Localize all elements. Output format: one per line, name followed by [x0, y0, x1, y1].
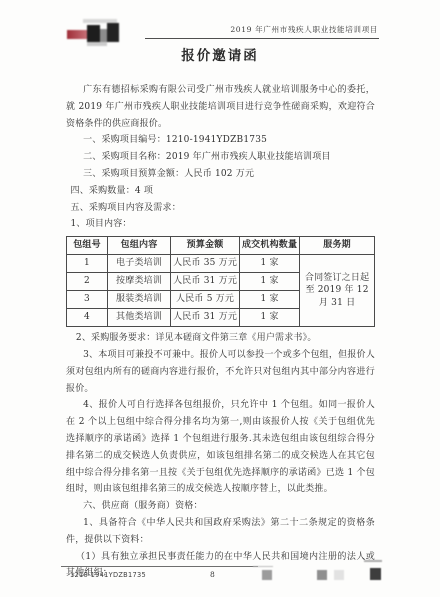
- table-cell: 1 家: [240, 291, 300, 309]
- table-cell: 电子类培训: [108, 255, 171, 273]
- table-cell: 4: [67, 309, 108, 327]
- table-row: 1 电子类培训 人民币 35 万元 1 家 合同签订之日起至 2019 年 12…: [67, 255, 375, 273]
- intro-paragraph: 广东有德招标采购有限公司受广州市残疾人就业培训服务中心的委托，就 2019 年广…: [66, 82, 375, 132]
- table-cell: 1 家: [240, 255, 300, 273]
- header-package-number: 包组号: [67, 237, 108, 255]
- document-body: 广东有德招标采购有限公司受广州市残疾人就业培训服务中心的委托，就 2019 年广…: [66, 82, 375, 582]
- supplier-qualification-item: 1、具备符合《中华人民共和国政府采购法》第二十二条规定的资格条件，提供以下资料：: [66, 515, 375, 549]
- note-service-requirements: 2、采购服务要求：详见本磋商文件第三章《用户需求书》。: [66, 330, 375, 347]
- table-cell: 人民币 5 万元: [171, 291, 240, 309]
- logo-red-block: [67, 30, 88, 39]
- table-cell: 服装类培训: [108, 291, 171, 309]
- header-service-period: 服务期: [300, 237, 375, 255]
- document-title: 报价邀请函: [0, 44, 440, 64]
- item-quantity: 四、采购数量：4 项: [66, 183, 375, 200]
- item-content-requirements: 五、采购项目内容及需求：: [66, 200, 375, 217]
- table-cell: 按摩类培训: [108, 273, 171, 291]
- header-project-title: 2019 年广州市残疾人职业技能培训项目: [230, 24, 378, 35]
- item-project-content: 1、项目内容：: [66, 216, 375, 233]
- header-package-content: 包组内容: [108, 237, 171, 255]
- table-cell: 人民币 31 万元: [171, 273, 240, 291]
- package-table: 包组号 包组内容 预算金额 成交机构数量 服务期 1 电子类培训 人民币 35 …: [66, 236, 375, 327]
- header-winner-count: 成交机构数量: [240, 237, 300, 255]
- supplier-qualification-heading: 六、供应商（服务商）资格：: [66, 498, 375, 515]
- footer-page-number: 8: [210, 570, 215, 579]
- table-cell: 人民币 35 万元: [171, 255, 240, 273]
- item-project-name: 二、采购项目名称：2019 年广州市残疾人职业技能培训项目: [66, 149, 375, 166]
- footer-doc-number: 1210-1941YDZB1735: [70, 571, 146, 579]
- logo-black-block-2: [107, 23, 119, 42]
- table-cell: 3: [67, 291, 108, 309]
- table-cell: 其他类培训: [108, 309, 171, 327]
- table-cell: 1 家: [240, 273, 300, 291]
- logo-black-block: [87, 25, 100, 42]
- logo-gray-block: [100, 29, 107, 42]
- header-budget-amount: 预算金额: [171, 237, 240, 255]
- table-header-row: 包组号 包组内容 预算金额 成交机构数量 服务期: [67, 237, 375, 255]
- note-package-selection: 4、报价人可自行选择各包组报价，只允许中 1 个包组。如同一报价人在 2 个以上…: [66, 397, 375, 498]
- item-budget: 三、采购项目预算金额：人民币 102 万元: [66, 166, 375, 183]
- item-project-number: 一、采购项目编号：1210-1941YDZB1735: [66, 132, 375, 149]
- footer-rule: [61, 566, 258, 567]
- document-page: 2019 年广州市残疾人职业技能培训项目 报价邀请函 广东有德招标采购有限公司受…: [0, 0, 440, 597]
- table-cell: 人民币 31 万元: [171, 309, 240, 327]
- table-cell: 2: [67, 273, 108, 291]
- header-rule: [145, 38, 379, 39]
- table-cell: 1 家: [240, 309, 300, 327]
- service-period-cell: 合同签订之日起至 2019 年 12 月 31 日: [300, 255, 375, 327]
- table-cell: 1: [67, 255, 108, 273]
- note-bid-rules: 3、本项目可兼投不可兼中。报价人可以参投一个或多个包组，但报价人须对包组内所有的…: [66, 347, 375, 397]
